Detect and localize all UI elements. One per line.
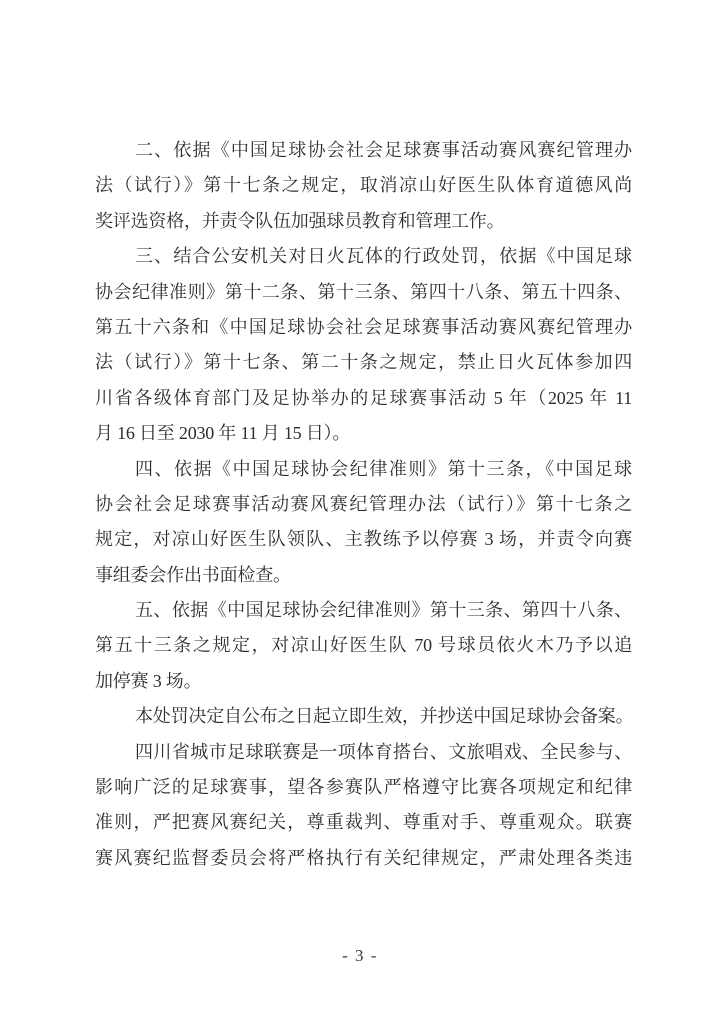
text-line: 四、依据《中国足球协会纪律准则》第十三条，《中国足球: [95, 452, 632, 487]
text-line: 月 16 日至 2030 年 11 月 15 日）。: [95, 416, 632, 451]
text-line: 奖评选资格，并责令队伍加强球员教育和管理工作。: [95, 204, 632, 239]
page-number: - 3 -: [0, 941, 720, 971]
text-line: 事组委会作出书面检查。: [95, 558, 632, 593]
text-line: 法（试行）》第十七条之规定，取消凉山好医生队体育道德风尚: [95, 168, 632, 203]
document-body: 二、依据《中国足球协会社会足球赛事活动赛风赛纪管理办法（试行）》第十七条之规定，…: [95, 133, 632, 876]
text-line: 影响广泛的足球赛事，望各参赛队严格遵守比赛各项规定和纪律: [95, 770, 632, 805]
text-line: 第五十三条之规定，对凉山好医生队 70 号球员依火木乃予以追: [95, 628, 632, 663]
text-line: 二、依据《中国足球协会社会足球赛事活动赛风赛纪管理办: [95, 133, 632, 168]
text-line: 准则，严把赛风赛纪关，尊重裁判、尊重对手、尊重观众。联赛: [95, 805, 632, 840]
text-line: 四川省城市足球联赛是一项体育搭台、文旅唱戏、全民参与、: [95, 735, 632, 770]
text-line: 规定，对凉山好医生队领队、主教练予以停赛 3 场，并责令向赛: [95, 522, 632, 557]
text-line: 本处罚决定自公布之日起立即生效，并抄送中国足球协会备案。: [95, 699, 632, 734]
text-line: 法（试行）》第十七条、第二十条之规定，禁止日火瓦体参加四: [95, 345, 632, 380]
text-line: 第五十六条和《中国足球协会社会足球赛事活动赛风赛纪管理办: [95, 310, 632, 345]
text-line: 加停赛 3 场。: [95, 664, 632, 699]
text-line: 赛风赛纪监督委员会将严格执行有关纪律规定，严肃处理各类违: [95, 841, 632, 876]
text-line: 五、依据《中国足球协会纪律准则》第十三条、第四十八条、: [95, 593, 632, 628]
text-line: 川省各级体育部门及足协举办的足球赛事活动 5 年（2025 年 11: [95, 381, 632, 416]
text-line: 三、结合公安机关对日火瓦体的行政处罚，依据《中国足球: [95, 239, 632, 274]
text-line: 协会纪律准则》第十二条、第十三条、第四十八条、第五十四条、: [95, 275, 632, 310]
document-page: 二、依据《中国足球协会社会足球赛事活动赛风赛纪管理办法（试行）》第十七条之规定，…: [0, 0, 720, 1018]
text-line: 协会社会足球赛事活动赛风赛纪管理办法（试行）》第十七条之: [95, 487, 632, 522]
